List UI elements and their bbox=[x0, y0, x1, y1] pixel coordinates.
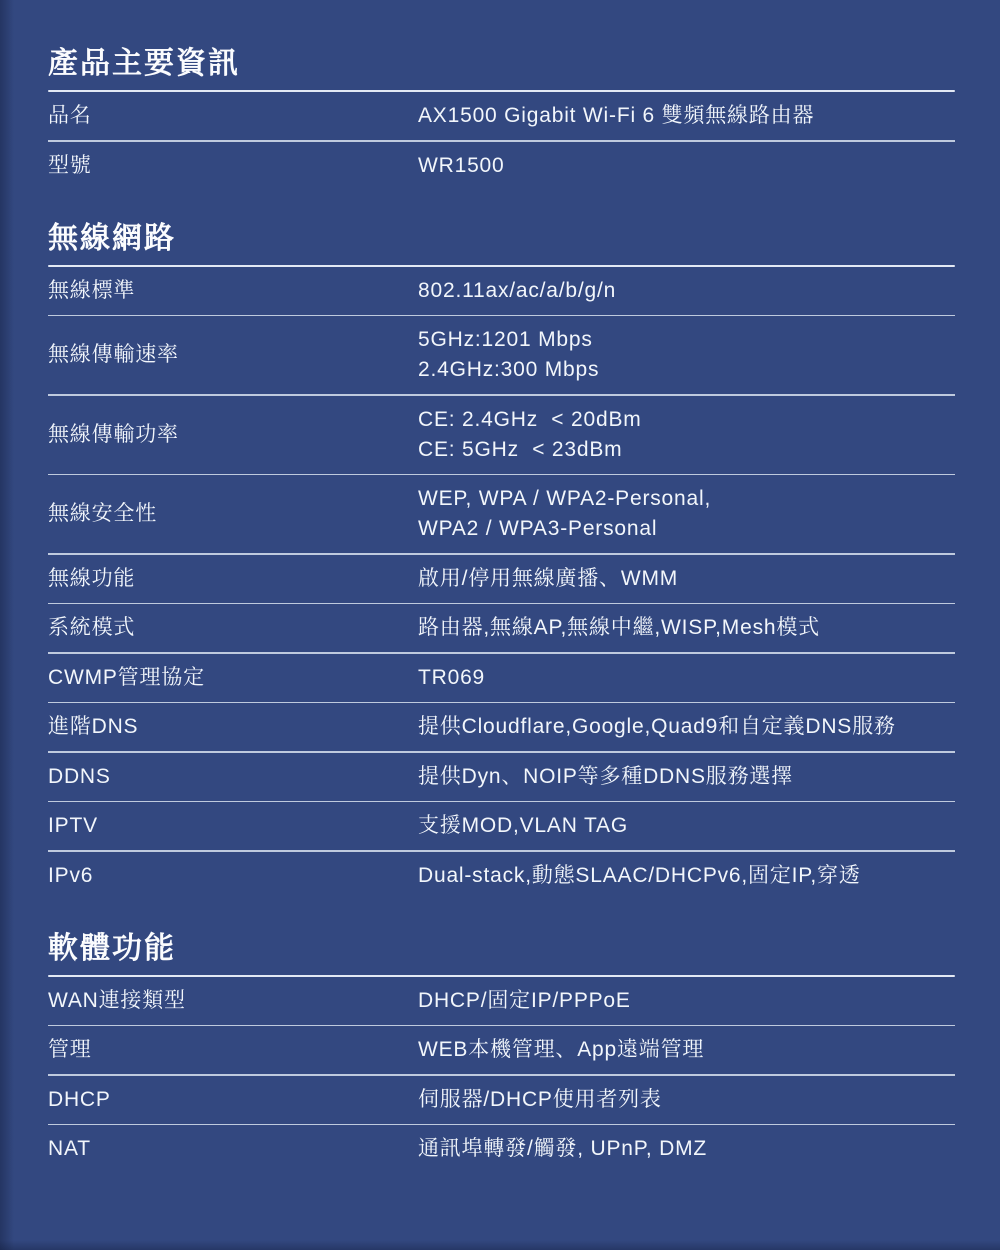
spec-row: 系統模式路由器,無線AP,無線中繼,WISP,Mesh模式 bbox=[48, 604, 955, 652]
spec-sheet: 產品主要資訊品名AX1500 Gigabit Wi-Fi 6 雙頻無線路由器型號… bbox=[0, 0, 1000, 1250]
spec-label: 無線功能 bbox=[48, 564, 418, 594]
spec-row: WAN連接類型DHCP/固定IP/PPPoE bbox=[48, 977, 955, 1025]
spec-value: 提供Cloudflare,Google,Quad9和自定義DNS服務 bbox=[418, 712, 955, 742]
spec-label: 型號 bbox=[48, 151, 418, 181]
spec-value-line: DHCP/固定IP/PPPoE bbox=[418, 986, 955, 1016]
spec-value: 路由器,無線AP,無線中繼,WISP,Mesh模式 bbox=[418, 613, 955, 643]
spec-section: 產品主要資訊品名AX1500 Gigabit Wi-Fi 6 雙頻無線路由器型號… bbox=[48, 46, 955, 190]
spec-value: TR069 bbox=[418, 663, 955, 693]
spec-value-line: 支援MOD,VLAN TAG bbox=[418, 811, 955, 841]
spec-label: DHCP bbox=[48, 1085, 418, 1115]
spec-value: CE: 2.4GHz < 20dBmCE: 5GHz < 23dBm bbox=[418, 405, 955, 465]
spec-value-line: WEB本機管理、App遠端管理 bbox=[418, 1035, 955, 1065]
spec-value-line: 提供Dyn、NOIP等多種DDNS服務選擇 bbox=[418, 762, 955, 792]
spec-value-line: 提供Cloudflare,Google,Quad9和自定義DNS服務 bbox=[418, 712, 955, 742]
spec-value: 提供Dyn、NOIP等多種DDNS服務選擇 bbox=[418, 762, 955, 792]
spec-value-line: WEP, WPA / WPA2-Personal, bbox=[418, 484, 955, 514]
spec-label: DDNS bbox=[48, 762, 418, 792]
spec-label: 系統模式 bbox=[48, 613, 418, 643]
spec-value-line: WPA2 / WPA3-Personal bbox=[418, 514, 955, 544]
spec-value: 支援MOD,VLAN TAG bbox=[418, 811, 955, 841]
spec-label: CWMP管理協定 bbox=[48, 663, 418, 693]
spec-row: DHCP伺服器/DHCP使用者列表 bbox=[48, 1076, 955, 1124]
spec-label: WAN連接類型 bbox=[48, 986, 418, 1016]
spec-value-line: 2.4GHz:300 Mbps bbox=[418, 355, 955, 385]
spec-value-line: CE: 2.4GHz < 20dBm bbox=[418, 405, 955, 435]
sections-root: 產品主要資訊品名AX1500 Gigabit Wi-Fi 6 雙頻無線路由器型號… bbox=[48, 46, 955, 1173]
spec-label: 管理 bbox=[48, 1035, 418, 1065]
spec-value: DHCP/固定IP/PPPoE bbox=[418, 986, 955, 1016]
spec-value-line: 通訊埠轉發/觸發, UPnP, DMZ bbox=[418, 1134, 955, 1164]
spec-row: 型號WR1500 bbox=[48, 142, 955, 190]
spec-value: Dual-stack,動態SLAAC/DHCPv6,固定IP,穿透 bbox=[418, 861, 955, 891]
spec-label: NAT bbox=[48, 1134, 418, 1164]
spec-row: NAT通訊埠轉發/觸發, UPnP, DMZ bbox=[48, 1125, 955, 1173]
spec-value-line: 伺服器/DHCP使用者列表 bbox=[418, 1085, 955, 1115]
spec-label: 進階DNS bbox=[48, 712, 418, 742]
spec-label: 無線標準 bbox=[48, 276, 418, 306]
spec-row: 無線標準802.11ax/ac/a/b/g/n bbox=[48, 267, 955, 315]
spec-row: 無線安全性WEP, WPA / WPA2-Personal,WPA2 / WPA… bbox=[48, 475, 955, 553]
spec-label: IPTV bbox=[48, 811, 418, 841]
spec-value: AX1500 Gigabit Wi-Fi 6 雙頻無線路由器 bbox=[418, 101, 955, 131]
spec-row: 無線功能啟用/停用無線廣播、WMM bbox=[48, 555, 955, 603]
spec-row: DDNS提供Dyn、NOIP等多種DDNS服務選擇 bbox=[48, 753, 955, 801]
spec-row: IPv6Dual-stack,動態SLAAC/DHCPv6,固定IP,穿透 bbox=[48, 852, 955, 900]
spec-label: 無線安全性 bbox=[48, 499, 418, 529]
spec-value-line: Dual-stack,動態SLAAC/DHCPv6,固定IP,穿透 bbox=[418, 861, 955, 891]
spec-value-line: 路由器,無線AP,無線中繼,WISP,Mesh模式 bbox=[418, 613, 955, 643]
spec-label: 品名 bbox=[48, 101, 418, 131]
spec-label: 無線傳輸速率 bbox=[48, 340, 418, 370]
spec-value: 5GHz:1201 Mbps2.4GHz:300 Mbps bbox=[418, 325, 955, 385]
spec-row: 管理WEB本機管理、App遠端管理 bbox=[48, 1026, 955, 1074]
spec-value-line: AX1500 Gigabit Wi-Fi 6 雙頻無線路由器 bbox=[418, 101, 955, 131]
spec-value-line: 啟用/停用無線廣播、WMM bbox=[418, 564, 955, 594]
spec-value-line: 802.11ax/ac/a/b/g/n bbox=[418, 276, 955, 306]
spec-section: 無線網路無線標準802.11ax/ac/a/b/g/n無線傳輸速率5GHz:12… bbox=[48, 221, 955, 900]
spec-row: 無線傳輸速率5GHz:1201 Mbps2.4GHz:300 Mbps bbox=[48, 316, 955, 394]
spec-row: CWMP管理協定TR069 bbox=[48, 654, 955, 702]
spec-value: 通訊埠轉發/觸發, UPnP, DMZ bbox=[418, 1134, 955, 1164]
spec-value-line: CE: 5GHz < 23dBm bbox=[418, 435, 955, 465]
spec-label: IPv6 bbox=[48, 861, 418, 891]
spec-value: WR1500 bbox=[418, 151, 955, 181]
spec-value-line: 5GHz:1201 Mbps bbox=[418, 325, 955, 355]
section-title: 產品主要資訊 bbox=[48, 46, 955, 82]
spec-section: 軟體功能WAN連接類型DHCP/固定IP/PPPoE管理WEB本機管理、App遠… bbox=[48, 931, 955, 1174]
spec-row: 無線傳輸功率CE: 2.4GHz < 20dBmCE: 5GHz < 23dBm bbox=[48, 396, 955, 474]
spec-value: WEP, WPA / WPA2-Personal,WPA2 / WPA3-Per… bbox=[418, 484, 955, 544]
section-title: 無線網路 bbox=[48, 221, 955, 257]
spec-value: 啟用/停用無線廣播、WMM bbox=[418, 564, 955, 594]
spec-value-line: TR069 bbox=[418, 663, 955, 693]
spec-value: WEB本機管理、App遠端管理 bbox=[418, 1035, 955, 1065]
spec-value-line: WR1500 bbox=[418, 151, 955, 181]
spec-row: 進階DNS提供Cloudflare,Google,Quad9和自定義DNS服務 bbox=[48, 703, 955, 751]
spec-row: 品名AX1500 Gigabit Wi-Fi 6 雙頻無線路由器 bbox=[48, 92, 955, 140]
section-title: 軟體功能 bbox=[48, 931, 955, 967]
spec-label: 無線傳輸功率 bbox=[48, 420, 418, 450]
spec-row: IPTV支援MOD,VLAN TAG bbox=[48, 802, 955, 850]
spec-value: 802.11ax/ac/a/b/g/n bbox=[418, 276, 955, 306]
spec-value: 伺服器/DHCP使用者列表 bbox=[418, 1085, 955, 1115]
